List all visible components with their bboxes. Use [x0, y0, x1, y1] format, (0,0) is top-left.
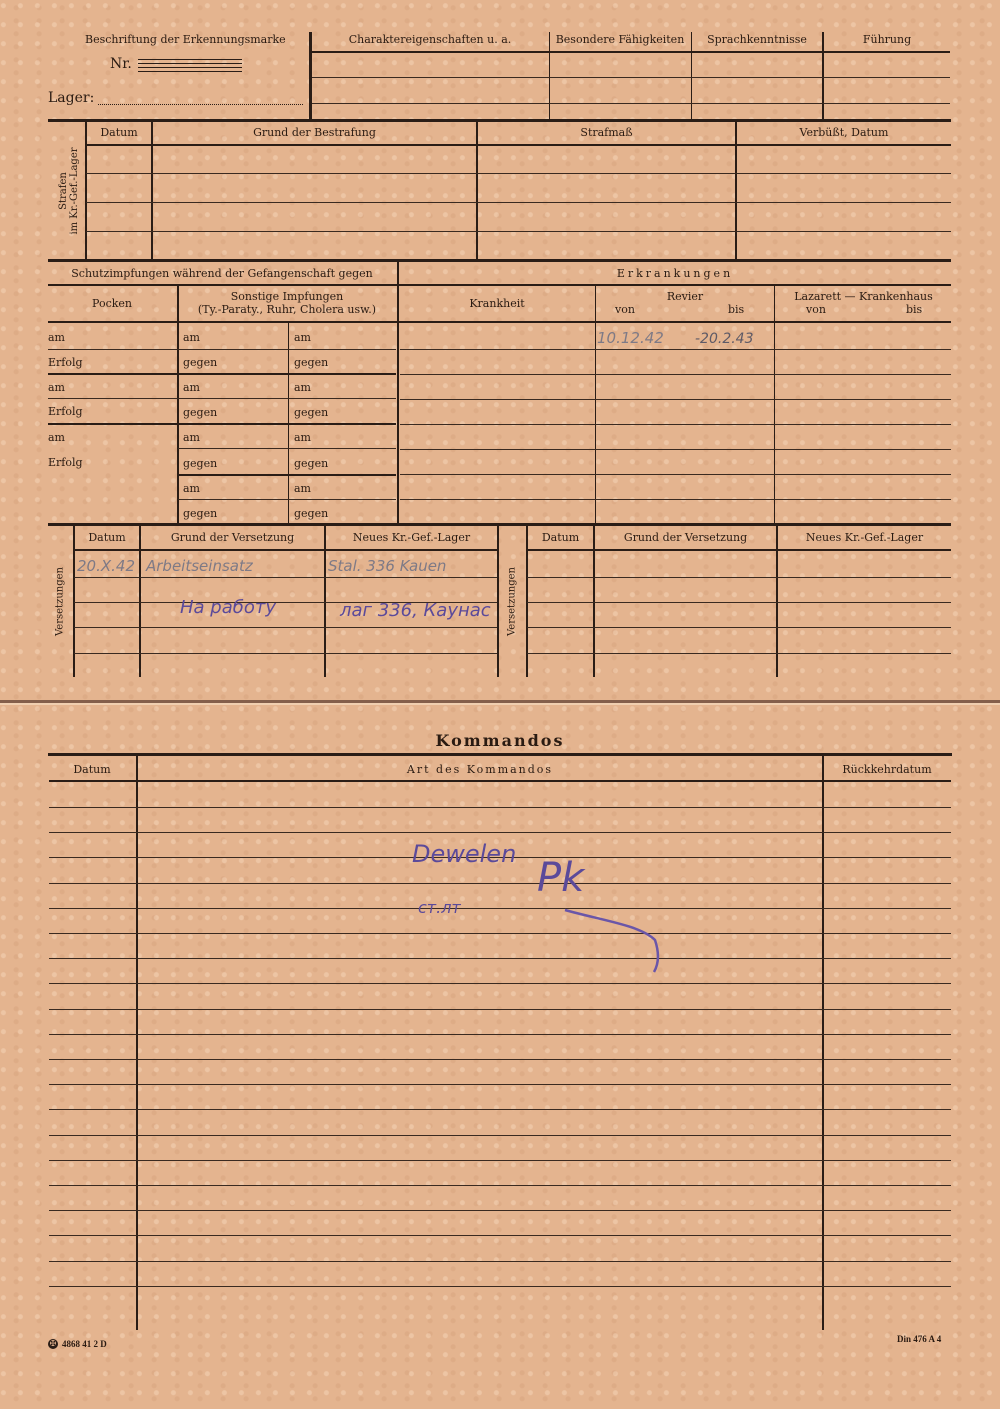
- vers-col-lager-l: Neues Kr.-Gef.-Lager: [326, 531, 497, 544]
- vers-col-grund-l: Grund der Versetzung: [141, 531, 324, 544]
- grid-line: [74, 653, 497, 654]
- grid-line: [86, 173, 951, 174]
- vers-entry-datum: 20.X.42: [77, 557, 135, 575]
- grid-line: [48, 284, 951, 286]
- sonst-gegen-1a: gegen: [183, 356, 217, 369]
- kommandos-row-line: [49, 958, 951, 959]
- kommandos-row-line: [49, 1286, 951, 1287]
- grid-line: [527, 653, 951, 654]
- sonst-gegen-3b: gegen: [294, 457, 328, 470]
- grid-line: [527, 602, 951, 603]
- kom-col-datum: Datum: [48, 763, 136, 776]
- erk-laz-bis: bis: [906, 303, 922, 316]
- grid-line: [527, 549, 951, 551]
- impf-col-sonstige: Sonstige Impfungen (Ty.-Paraty., Ruhr, C…: [178, 290, 396, 316]
- sonst-gegen-2a: gegen: [183, 406, 217, 419]
- grid-line: [151, 121, 153, 259]
- kom-hand-line2: cт.лт: [418, 898, 461, 917]
- grid-line: [312, 103, 950, 104]
- grid-line: [48, 398, 396, 399]
- kommandos-row-line: [49, 1210, 951, 1211]
- pocken-erfolg-3: Erfolg: [48, 456, 83, 469]
- kommandos-row-line: [49, 832, 951, 833]
- print-code-text: 4868 41 2 D: [62, 1339, 107, 1349]
- grid-line: [400, 424, 951, 425]
- grid-line: [48, 423, 396, 425]
- signature-flourish: [560, 900, 670, 975]
- erk-col-revier: Revier: [597, 290, 773, 303]
- sonst-gegen-1b: gegen: [294, 356, 328, 369]
- kommandos-row-line: [49, 1009, 951, 1010]
- strafen-side-line1: Strafen: [58, 146, 69, 236]
- sonst-am-1b: am: [294, 331, 311, 344]
- grid-line: [526, 525, 528, 677]
- sonst-am-2a: am: [183, 381, 200, 394]
- grid-line: [178, 448, 396, 449]
- impfungen-title: Schutzimpfungen während der Gefangenscha…: [48, 267, 396, 280]
- sonst-gegen-4a: gegen: [183, 507, 217, 520]
- grid-line: [476, 121, 478, 259]
- grid-line: [86, 231, 951, 232]
- grid-line: [73, 525, 75, 677]
- grid-line: [74, 627, 497, 628]
- kommandos-row-line: [49, 1059, 951, 1060]
- grid-line: [86, 202, 951, 203]
- grid-line: [178, 474, 396, 476]
- kommandos-row-line: [49, 1185, 951, 1186]
- grid-line: [397, 261, 399, 523]
- sonst-gegen-4b: gegen: [294, 507, 328, 520]
- grid-line: [85, 121, 87, 259]
- strafen-col-verbuesst: Verbüßt, Datum: [737, 126, 951, 139]
- sonst-am-4a: am: [183, 482, 200, 495]
- erk-revier-bis: bis: [728, 303, 744, 316]
- kommandos-row-line: [49, 1160, 951, 1161]
- grid-line: [74, 549, 497, 551]
- erkrankungen-title: Erkrankungen: [400, 267, 950, 280]
- kommandos-row-line: [49, 983, 951, 984]
- grid-line: [400, 474, 951, 475]
- vers-entry-grund: Arbeitseinsatz: [146, 557, 253, 575]
- grid-line: [74, 577, 497, 578]
- grid-line: [312, 77, 950, 78]
- strafen-side-line2: im Kr.-Gef.-Lager: [69, 146, 80, 236]
- revier-von-entry: 10.12.42: [597, 329, 664, 347]
- erk-laz-von: von: [806, 303, 826, 316]
- grid-line: [527, 627, 951, 628]
- versetzungen-side-label-left: Versetzungen: [55, 562, 66, 642]
- grid-line: [822, 32, 824, 120]
- grid-line: [400, 499, 951, 500]
- grid-line: [324, 525, 326, 677]
- pocken-am-3: am: [48, 431, 65, 444]
- revier-bis-entry: -20.2.43: [695, 331, 754, 347]
- din-code: Din 476 A 4: [897, 1334, 941, 1344]
- erk-col-lazarett: Lazarett — Krankenhaus: [776, 290, 951, 303]
- grid-line: [49, 780, 951, 782]
- pocken-am-2: am: [48, 381, 65, 394]
- kommandos-row-line: [49, 908, 951, 909]
- kommandos-row-line: [49, 883, 951, 884]
- grid-line: [691, 32, 692, 120]
- col-charakter: Charaktereigenschaften u. a.: [312, 33, 548, 46]
- grid-line: [48, 349, 396, 350]
- sonst-gegen-2b: gegen: [294, 406, 328, 419]
- grid-line: [400, 399, 951, 400]
- col-fuehrung: Führung: [824, 33, 950, 46]
- versetzungen-side-label-right: Versetzungen: [507, 562, 518, 642]
- erk-col-krankheit: Krankheit: [400, 297, 594, 310]
- pocken-erfolg-1: Erfolg: [48, 356, 83, 369]
- grid-line: [497, 525, 499, 677]
- vers-col-lager-r: Neues Kr.-Gef.-Lager: [778, 531, 951, 544]
- section-border: [48, 753, 952, 756]
- grid-line: [86, 144, 951, 146]
- erk-revier-von: von: [615, 303, 635, 316]
- grid-line: [178, 499, 396, 500]
- kommandos-row-line: [49, 1034, 951, 1035]
- print-code: ✠ 4868 41 2 D: [48, 1339, 107, 1349]
- kommandos-title: Kommandos: [400, 731, 600, 751]
- kommandos-row-line: [49, 1235, 951, 1236]
- sonstige-line2: (Ty.-Paraty., Ruhr, Cholera usw.): [178, 303, 396, 316]
- strafen-col-grund: Grund der Bestrafung: [153, 126, 476, 139]
- section-border: [48, 119, 951, 122]
- grid-line: [822, 755, 824, 1330]
- grid-line: [593, 525, 595, 677]
- vers-entry-lager: Stal. 336 Kauen: [328, 557, 446, 575]
- kom-hand-line1: Dewelen: [412, 840, 516, 868]
- grid-line: [48, 321, 951, 323]
- grid-line: [400, 374, 951, 375]
- page-fold-highlight: [0, 703, 1000, 705]
- lager-label: Lager:: [48, 92, 94, 105]
- vers-col-datum-r: Datum: [528, 531, 593, 544]
- kommandos-row-line: [49, 807, 951, 808]
- strafen-col-strafmass: Strafmaß: [478, 126, 735, 139]
- sonst-gegen-3a: gegen: [183, 457, 217, 470]
- col-faehigkeiten: Besondere Fähigkeiten: [550, 33, 690, 46]
- grid-line: [527, 577, 951, 578]
- grid-line: [312, 51, 950, 53]
- kommandos-row-line: [49, 1261, 951, 1262]
- kommandos-row-line: [49, 933, 951, 934]
- eagle-emblem-icon: ✠: [48, 1339, 58, 1349]
- impf-col-pocken: Pocken: [48, 297, 176, 310]
- vers-entry-grund-ru: На работу: [180, 597, 276, 618]
- section-border: [48, 523, 951, 526]
- kommandos-row-line: [49, 1135, 951, 1136]
- nr-label: Nr.: [110, 58, 132, 71]
- grid-line: [776, 525, 778, 677]
- kommandos-row-line: [49, 1084, 951, 1085]
- grid-line: [139, 525, 141, 677]
- vers-col-grund-r: Grund der Versetzung: [595, 531, 776, 544]
- sonst-am-4b: am: [294, 482, 311, 495]
- pocken-am-1: am: [48, 331, 65, 344]
- grid-line: [400, 349, 951, 350]
- sonst-am-3b: am: [294, 431, 311, 444]
- col-sprachen: Sprachkenntnisse: [692, 33, 822, 46]
- grid-line: [400, 449, 951, 450]
- lager-field[interactable]: [98, 104, 303, 105]
- kom-signature: Pk: [537, 855, 584, 901]
- kom-col-rueckkehr: Rückkehrdatum: [824, 763, 950, 776]
- grid-line: [136, 755, 138, 1330]
- grid-line: [48, 373, 396, 375]
- kommandos-row-line: [49, 1109, 951, 1110]
- strafen-side-label: Strafen im Kr.-Gef.-Lager: [58, 146, 80, 236]
- vers-col-datum-l: Datum: [75, 531, 139, 544]
- sonstige-line1: Sonstige Impfungen: [178, 290, 396, 303]
- grid-line: [549, 32, 550, 120]
- tag-title: Beschriftung der Erkennungsmarke: [85, 33, 275, 46]
- section-border: [48, 259, 951, 262]
- kom-col-art: Art des Kommandos: [138, 763, 822, 776]
- vers-entry-lager-ru: лаг 336, Каунас: [340, 600, 491, 621]
- strafen-col-datum: Datum: [87, 126, 151, 139]
- grid-line: [735, 121, 737, 259]
- sonst-am-1a: am: [183, 331, 200, 344]
- nr-field[interactable]: [138, 59, 242, 72]
- pocken-erfolg-2: Erfolg: [48, 405, 83, 418]
- sonst-am-3a: am: [183, 431, 200, 444]
- sonst-am-2b: am: [294, 381, 311, 394]
